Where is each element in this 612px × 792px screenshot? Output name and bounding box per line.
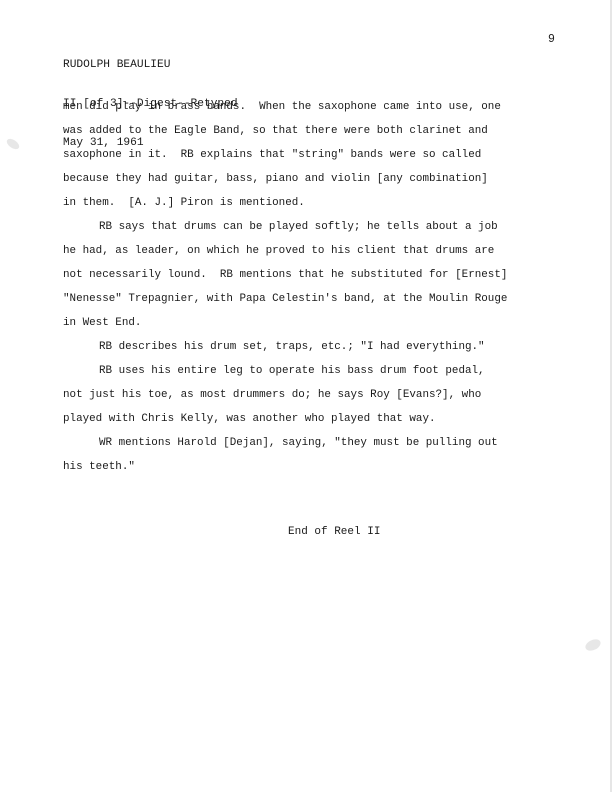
paragraph: WR mentions Harold [Dejan], saying, "the… bbox=[63, 431, 563, 479]
paragraph: RB says that drums can be played softly;… bbox=[63, 215, 563, 335]
text-line: not just his toe, as most drummers do; h… bbox=[63, 383, 563, 407]
text-line: saxophone in it. RB explains that "strin… bbox=[63, 143, 563, 167]
digest-body: men did play in brass bands. When the sa… bbox=[63, 95, 563, 479]
text-line: RB uses his entire leg to operate his ba… bbox=[63, 359, 563, 383]
text-line: not necessarily lound. RB mentions that … bbox=[63, 263, 563, 287]
paragraph: RB uses his entire leg to operate his ba… bbox=[63, 359, 563, 431]
text-line: because they had guitar, bass, piano and… bbox=[63, 167, 563, 191]
document-page: RUDOLPH BEAULIEU II [of 3]--Digest--Rety… bbox=[0, 0, 612, 792]
text-line: in them. [A. J.] Piron is mentioned. bbox=[63, 191, 563, 215]
text-line: RB describes his drum set, traps, etc.; … bbox=[63, 335, 563, 359]
paragraph: men did play in brass bands. When the sa… bbox=[63, 95, 563, 215]
text-line: his teeth." bbox=[63, 455, 563, 479]
text-line: men did play in brass bands. When the sa… bbox=[63, 95, 563, 119]
page-number: 9 bbox=[548, 33, 555, 46]
scan-smudge-mark bbox=[5, 137, 21, 152]
text-line: he had, as leader, on which he proved to… bbox=[63, 239, 563, 263]
paragraph: RB describes his drum set, traps, etc.; … bbox=[63, 335, 563, 359]
text-line: WR mentions Harold [Dejan], saying, "the… bbox=[63, 431, 563, 455]
text-line: played with Chris Kelly, was another who… bbox=[63, 407, 563, 431]
text-line: in West End. bbox=[63, 311, 563, 335]
text-line: was added to the Eagle Band, so that the… bbox=[63, 119, 563, 143]
interviewee-name: RUDOLPH BEAULIEU bbox=[63, 59, 238, 72]
text-line: RB says that drums can be played softly;… bbox=[63, 215, 563, 239]
text-line: "Nenesse" Trepagnier, with Papa Celestin… bbox=[63, 287, 563, 311]
end-of-reel-note: End of Reel II bbox=[288, 526, 380, 539]
scan-smudge-mark bbox=[584, 637, 603, 653]
